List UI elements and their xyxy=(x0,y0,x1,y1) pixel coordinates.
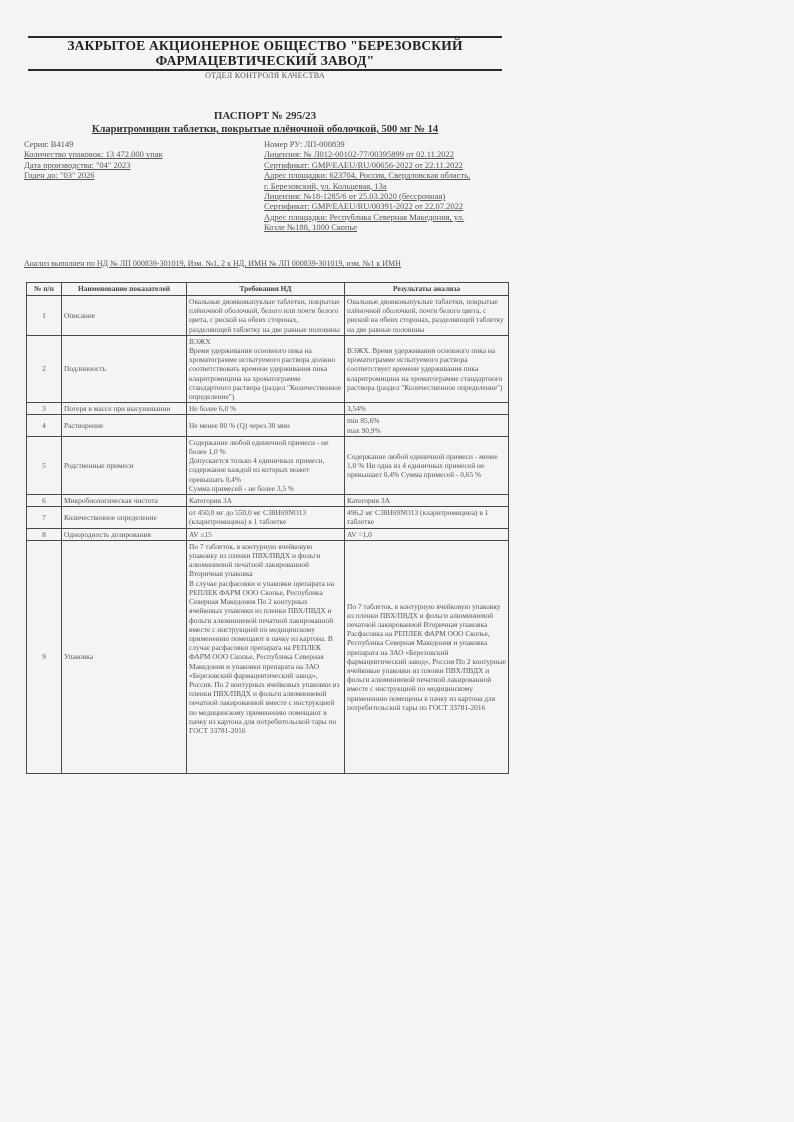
site-address-2-line2: Козле №188, 1000 Скопье xyxy=(264,222,514,232)
certificate-1: Сертификат: GMP/EAEU/RU/00656-2022 от 22… xyxy=(264,160,514,170)
passport-document: ЗАКРЫТОЕ АКЦИОНЕРНОЕ ОБЩЕСТВО "БЕРЕЗОВСК… xyxy=(0,0,794,1122)
product-title: Кларитромицин таблетки, покрытые плёночн… xyxy=(28,124,502,135)
row-indicator: Описание xyxy=(62,296,187,336)
package-count-field: Количество упаковок: 13 472.000 упак xyxy=(24,149,254,159)
registration-number: Номер РУ: ЛП-000839 xyxy=(264,139,514,149)
row-number: 3 xyxy=(27,403,62,415)
production-date-field: Дата производства: "04" 2023 xyxy=(24,160,254,170)
table-row: 2 Подлинность ВЭЖХ Время удерживания осн… xyxy=(27,335,509,402)
row-result: AV =1,0 xyxy=(345,528,509,540)
row-result: По 7 таблеток, в контурную ячейковую упа… xyxy=(345,540,509,773)
series-field: Серия: В4149 xyxy=(24,139,254,149)
analysis-note: Анализ выполнен по НД № ЛП 000839-301019… xyxy=(24,259,494,268)
row-result: ВЭЖХ. Время удерживания основного пика н… xyxy=(345,335,509,402)
expiry-date-field: Годен до: "03" 2026 xyxy=(24,170,254,180)
table-row: 6 Микробиологическая чистота Категория 3… xyxy=(27,495,509,507)
row-indicator: Микробиологическая чистота xyxy=(62,495,187,507)
header-requirement: Требования НД xyxy=(187,283,345,296)
row-requirement: По 7 таблеток, в контурную ячейковую упа… xyxy=(187,540,345,773)
results-table: № п/п Наименование показателей Требовани… xyxy=(26,282,509,774)
row-requirement: Не менее 80 % (Q) через 30 мин xyxy=(187,415,345,436)
row-number: 1 xyxy=(27,296,62,336)
row-indicator: Количественное определение xyxy=(62,507,187,528)
table-row: 1 Описание Овальные двояковыпуклые табле… xyxy=(27,296,509,336)
site-address-2-line1: Адрес площадки: Республика Северная Маке… xyxy=(264,212,514,222)
row-number: 4 xyxy=(27,415,62,436)
row-result: min 85,6% max 90,9% xyxy=(345,415,509,436)
site-address-1-line2: г. Березовский, ул. Кольцевая, 13а xyxy=(264,181,514,191)
department-name: ОТДЕЛ КОНТРОЛЯ КАЧЕСТВА xyxy=(28,71,502,80)
row-requirement: AV ≤15 xyxy=(187,528,345,540)
header-number: № п/п xyxy=(27,283,62,296)
table-row: 4 Растворение Не менее 80 % (Q) через 30… xyxy=(27,415,509,436)
row-result: 3,54% xyxy=(345,403,509,415)
row-result: Содержание любой единичной примеси - мен… xyxy=(345,436,509,494)
row-number: 2 xyxy=(27,335,62,402)
row-indicator: Потеря в массе при высушивании xyxy=(62,403,187,415)
site-address-1-line1: Адрес площадки: 623704, Россия, Свердлов… xyxy=(264,170,514,180)
license-1: Лицензия: № Л012-00102-77/00395899 от 02… xyxy=(264,149,514,159)
row-requirement: Не более 6,0 % xyxy=(187,403,345,415)
row-number: 5 xyxy=(27,436,62,494)
row-requirement: Овальные двояковыпуклые таблетки, покрыт… xyxy=(187,296,345,336)
table-row: 5 Родственные примеси Содержание любой е… xyxy=(27,436,509,494)
registration-info: Номер РУ: ЛП-000839 Лицензия: № Л012-001… xyxy=(264,139,514,233)
row-number: 8 xyxy=(27,528,62,540)
row-requirement: от 450,0 мг до 550,0 мг C38H69NO13 (клар… xyxy=(187,507,345,528)
company-name: ЗАКРЫТОЕ АКЦИОНЕРНОЕ ОБЩЕСТВО "БЕРЕЗОВСК… xyxy=(28,38,502,68)
row-number: 6 xyxy=(27,495,62,507)
batch-info: Серия: В4149 Количество упаковок: 13 472… xyxy=(24,139,254,181)
row-indicator: Упаковка xyxy=(62,540,187,773)
table-header-row: № п/п Наименование показателей Требовани… xyxy=(27,283,509,296)
company-name-line2: ФАРМАЦЕВТИЧЕСКИЙ ЗАВОД" xyxy=(28,53,502,68)
row-indicator: Однородность дозирования xyxy=(62,528,187,540)
table-row: 8 Однородность дозирования AV ≤15 AV =1,… xyxy=(27,528,509,540)
table-row: 9 Упаковка По 7 таблеток, в контурную яч… xyxy=(27,540,509,773)
row-number: 7 xyxy=(27,507,62,528)
row-result: 496,2 мг C38H69NO13 (кларитромицина) в 1… xyxy=(345,507,509,528)
row-requirement: Содержание любой единичной примеси - не … xyxy=(187,436,345,494)
row-requirement: Категория 3А xyxy=(187,495,345,507)
row-number: 9 xyxy=(27,540,62,773)
row-requirement: ВЭЖХ Время удерживания основного пика на… xyxy=(187,335,345,402)
row-result: Категория 3А xyxy=(345,495,509,507)
certificate-2: Сертификат: GMP/EAEU/RU/00391-2022 от 22… xyxy=(264,201,514,211)
row-indicator: Растворение xyxy=(62,415,187,436)
license-2: Лицензия: №18-1285/6 от 25.03.2020 (бесс… xyxy=(264,191,514,201)
table-row: 3 Потеря в массе при высушивании Не боле… xyxy=(27,403,509,415)
header-result: Результаты анализа xyxy=(345,283,509,296)
header-indicator: Наименование показателей xyxy=(62,283,187,296)
row-indicator: Подлинность xyxy=(62,335,187,402)
passport-title: ПАСПОРТ № 295/23 xyxy=(28,110,502,122)
row-indicator: Родственные примеси xyxy=(62,436,187,494)
company-name-line1: ЗАКРЫТОЕ АКЦИОНЕРНОЕ ОБЩЕСТВО "БЕРЕЗОВСК… xyxy=(28,38,502,53)
table-row: 7 Количественное определение от 450,0 мг… xyxy=(27,507,509,528)
row-result: Овальные двояковыпуклые таблетки, покрыт… xyxy=(345,296,509,336)
